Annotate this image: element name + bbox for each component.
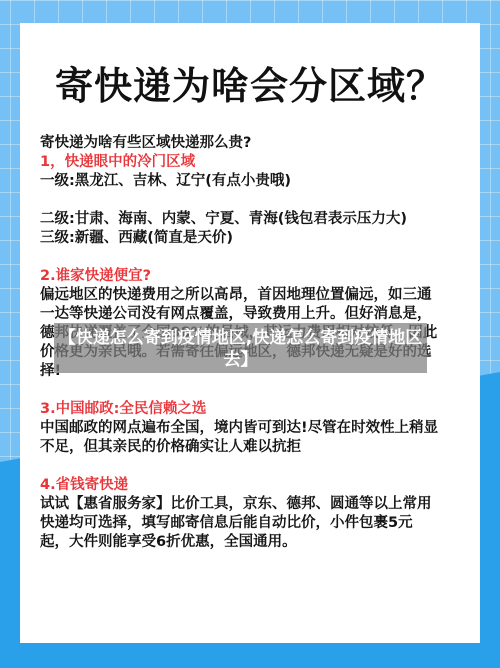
section-body: 中国邮政的网点遍布全国，境内皆可到达!尽管在时效性上稍显不足，但其亲民的价格确实…	[40, 419, 440, 457]
section-heading: 2.谁家快递便宜?	[40, 267, 440, 286]
intro-question: 寄快递为啥有些区域快递那么贵?	[40, 134, 440, 153]
section-line: 一级:黑龙江、吉林、辽宁(有点小贵哦)	[40, 172, 440, 191]
spacer	[40, 381, 440, 400]
content-card: 寄快递为啥会分区域？ 寄快递为啥有些区域快递那么贵? 1，快递眼中的冷门区域 一…	[20, 23, 480, 643]
section-line: 二级:甘肃、海南、内蒙、宁夏、青海(钱包君表示压力大)	[40, 210, 440, 229]
spacer	[40, 248, 440, 267]
section-heading: 1，快递眼中的冷门区域	[40, 153, 440, 172]
spacer	[40, 457, 440, 476]
overlay-caption: 【快递怎么寄到疫情地区,快递怎么寄到疫情地区去】	[54, 323, 427, 373]
page-title: 寄快递为啥会分区域？	[20, 55, 480, 110]
section-heading: 3.中国邮政:全民信赖之选	[40, 400, 440, 419]
section-line: 三级:新疆、西藏(简直是天价)	[40, 229, 440, 248]
section-body: 试试【惠省服务家】比价工具，京东、德邦、圆通等以上常用快递均可选择，填写邮寄信息…	[40, 495, 440, 552]
section-heading: 4.省钱寄快递	[40, 476, 440, 495]
spacer	[40, 191, 440, 210]
